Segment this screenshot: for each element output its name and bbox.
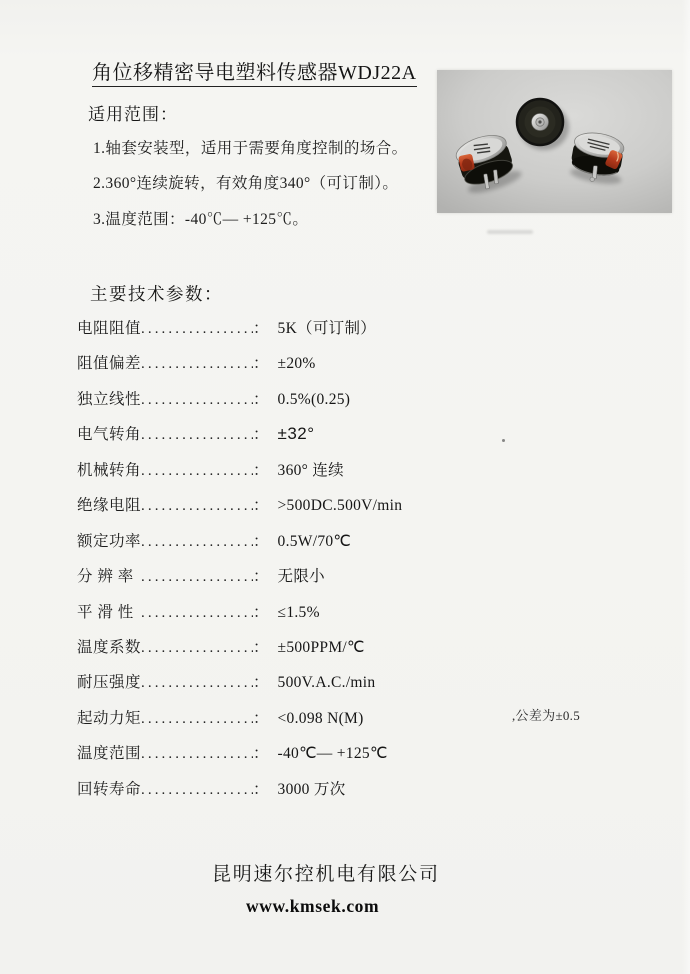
tolerance-side-note: ,公差为±0.5: [512, 705, 580, 724]
param-value: 500V.A.C./min: [278, 674, 376, 692]
dot-leader: ................................: [141, 640, 253, 657]
param-label: 回转寿命: [77, 777, 141, 799]
scope-item-3: 3.温度范围：-40℃— +125℃。: [93, 207, 308, 229]
company-name: 昆明速尔控机电有限公司: [212, 859, 440, 886]
page-title: 角位移精密导电塑料传感器WDJ22A: [92, 61, 417, 87]
dot-leader: ................................: [141, 498, 253, 515]
param-row-withstand-voltage: 耐压强度................................：500…: [77, 670, 637, 705]
param-colon: ：: [253, 458, 269, 480]
dot-leader: ................................: [141, 711, 253, 728]
param-colon: ：: [253, 777, 269, 799]
param-value: ±32°: [278, 424, 315, 444]
param-colon: ：: [253, 741, 269, 763]
param-label: 起动力矩: [77, 706, 141, 728]
param-colon: ：: [253, 564, 269, 586]
param-value: 3000 万次: [278, 777, 346, 799]
scan-smudge-mark: [487, 230, 533, 234]
dot-leader: ................................: [141, 427, 253, 444]
param-label: 额定功率: [77, 529, 141, 551]
param-value: 无限小: [278, 564, 325, 586]
dot-leader: ................................: [141, 463, 253, 480]
param-colon: ：: [253, 600, 269, 622]
param-colon: ：: [253, 351, 269, 373]
param-label: 温度系数: [77, 635, 141, 657]
param-value: ±20%: [278, 355, 316, 373]
params-list: 电阻阻值................................：5K（…: [77, 316, 637, 812]
param-label: 平 滑 性: [77, 600, 141, 622]
param-label: 电气转角: [77, 422, 141, 444]
dot-leader: ................................: [141, 356, 253, 373]
param-row-temp-range: 温度范围................................：-40…: [77, 741, 637, 776]
param-label: 耐压强度: [77, 670, 141, 692]
param-colon: ：: [253, 387, 269, 409]
param-row-resistance: 电阻阻值................................：5K（…: [77, 316, 637, 351]
param-colon: ：: [253, 670, 269, 692]
dot-leader: ................................: [141, 534, 253, 551]
param-label: 电阻阻值: [77, 316, 141, 338]
param-label: 温度范围: [77, 741, 141, 763]
param-colon: ：: [253, 316, 269, 338]
param-row-smoothness: 平 滑 性................................：≤1…: [77, 600, 637, 635]
param-colon: ：: [253, 635, 269, 657]
param-value: 0.5W/70℃: [278, 532, 352, 551]
scope-item-1: 1.轴套安装型，适用于需要角度控制的场合。: [93, 136, 408, 158]
param-value: ±500PPM/℃: [278, 638, 365, 657]
param-label: 独立线性: [77, 387, 141, 409]
param-value: 5K（可订制）: [278, 316, 377, 338]
param-label: 分 辨 率: [77, 564, 141, 586]
dot-leader: ................................: [141, 321, 253, 338]
product-photo-svg: [437, 70, 672, 213]
param-label: 绝缘电阻: [77, 493, 141, 515]
param-value: 0.5%(0.25): [278, 391, 351, 409]
param-colon: ：: [253, 422, 269, 444]
scope-item-2: 2.360°连续旋转，有效角度340°（可订制）。: [93, 171, 398, 193]
dot-leader: ................................: [141, 605, 253, 622]
param-colon: ：: [253, 529, 269, 551]
scope-heading: 适用范围：: [88, 100, 178, 125]
param-row-temp-coefficient: 温度系数................................：±50…: [77, 635, 637, 670]
params-heading: 主要技术参数：: [90, 281, 223, 306]
dot-leader: ................................: [141, 782, 253, 799]
dot-leader: ................................: [141, 746, 253, 763]
dot-leader: ................................: [141, 675, 253, 692]
param-row-mechanical-angle: 机械转角................................：360…: [77, 458, 637, 493]
param-row-electrical-angle: 电气转角................................：±32…: [77, 422, 637, 457]
param-row-power: 额定功率................................：0.5…: [77, 529, 637, 564]
dot-leader: ................................: [141, 392, 253, 409]
param-value: <0.098 N(M): [278, 710, 364, 728]
param-value: -40℃— +125℃: [278, 744, 388, 763]
param-row-tolerance: 阻值偏差................................：±20…: [77, 351, 637, 386]
param-row-rotational-life: 回转寿命................................：300…: [77, 777, 637, 812]
param-label: 阻值偏差: [77, 351, 141, 373]
param-row-resolution: 分 辨 率................................：无限…: [77, 564, 637, 599]
product-photo: [437, 70, 672, 213]
param-value: >500DC.500V/min: [278, 497, 403, 515]
param-value: ≤1.5%: [278, 604, 320, 622]
param-value: 360° 连续: [278, 458, 344, 480]
document-page: 角位移精密导电塑料传感器WDJ22A 适用范围： 1.轴套安装型，适用于需要角度…: [0, 0, 690, 974]
param-label: 机械转角: [77, 458, 141, 480]
param-row-insulation: 绝缘电阻................................：>50…: [77, 493, 637, 528]
param-row-linearity: 独立线性................................：0.5…: [77, 387, 637, 422]
param-colon: ：: [253, 493, 269, 515]
website-url: www.kmsek.com: [246, 896, 379, 917]
param-colon: ：: [253, 706, 269, 728]
dot-leader: ................................: [141, 569, 253, 586]
